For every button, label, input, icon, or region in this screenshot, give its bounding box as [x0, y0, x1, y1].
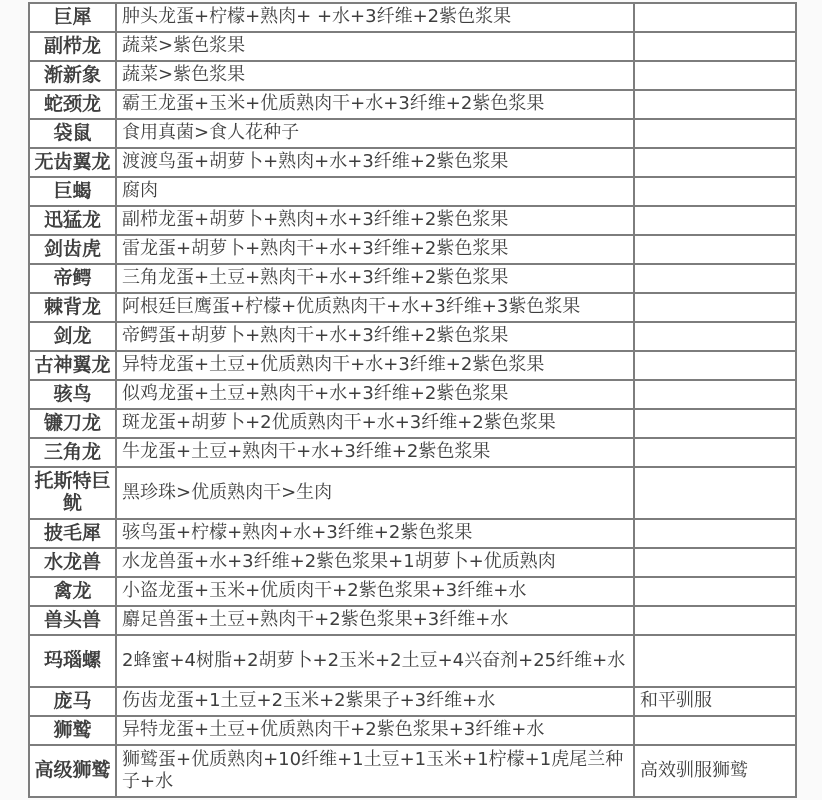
- creature-name-cell: 三角龙: [29, 438, 116, 467]
- creature-name-cell: 巨犀: [29, 3, 116, 32]
- table-row: 迅猛龙副栉龙蛋+胡萝卜+熟肉+水+3纤维+2紫色浆果: [29, 206, 796, 235]
- table-row: 三角龙牛龙蛋+土豆+熟肉干+水+3纤维+2紫色浆果: [29, 438, 796, 467]
- note-cell: [634, 519, 796, 548]
- note-cell: [634, 351, 796, 380]
- note-cell: [634, 548, 796, 577]
- recipe-cell: 蔬菜>紫色浆果: [116, 61, 634, 90]
- table-row: 剑龙帝鳄蛋+胡萝卜+熟肉干+水+3纤维+2紫色浆果: [29, 322, 796, 351]
- recipe-cell: 腐肉: [116, 177, 634, 206]
- recipe-cell: 异特龙蛋+土豆+优质熟肉干+水+3纤维+2紫色浆果: [116, 351, 634, 380]
- creature-name-cell: 无齿翼龙: [29, 148, 116, 177]
- creature-name-cell: 骇鸟: [29, 380, 116, 409]
- creature-name-cell: 玛瑙螺: [29, 635, 116, 687]
- table-row: 禽龙小盗龙蛋+玉米+优质肉干+2紫色浆果+3纤维+水: [29, 577, 796, 606]
- note-cell: [634, 635, 796, 687]
- table-row: 庞马伤齿龙蛋+1土豆+2玉米+2紫果子+3纤维+水和平驯服: [29, 687, 796, 716]
- table-row: 水龙兽水龙兽蛋+水+3纤维+2紫色浆果+1胡萝卜+优质熟肉: [29, 548, 796, 577]
- note-cell: [634, 322, 796, 351]
- note-cell: [634, 577, 796, 606]
- recipe-cell: 斑龙蛋+胡萝卜+2优质熟肉干+水+3纤维+2紫色浆果: [116, 409, 634, 438]
- recipe-cell: 副栉龙蛋+胡萝卜+熟肉+水+3纤维+2紫色浆果: [116, 206, 634, 235]
- table-row: 镰刀龙斑龙蛋+胡萝卜+2优质熟肉干+水+3纤维+2紫色浆果: [29, 409, 796, 438]
- creature-name-cell: 禽龙: [29, 577, 116, 606]
- table-row: 骇鸟似鸡龙蛋+土豆+熟肉干+水+3纤维+2紫色浆果: [29, 380, 796, 409]
- note-cell: [634, 206, 796, 235]
- note-cell: [634, 235, 796, 264]
- creature-name-cell: 巨蝎: [29, 177, 116, 206]
- table-row: 古神翼龙异特龙蛋+土豆+优质熟肉干+水+3纤维+2紫色浆果: [29, 351, 796, 380]
- table-row: 巨蝎腐肉: [29, 177, 796, 206]
- creature-name-cell: 剑龙: [29, 322, 116, 351]
- table-row: 兽头兽麝足兽蛋+土豆+熟肉干+2紫色浆果+3纤维+水: [29, 606, 796, 635]
- note-cell: [634, 177, 796, 206]
- table-row: 无齿翼龙渡渡鸟蛋+胡萝卜+熟肉+水+3纤维+2紫色浆果: [29, 148, 796, 177]
- recipe-cell: 渡渡鸟蛋+胡萝卜+熟肉+水+3纤维+2紫色浆果: [116, 148, 634, 177]
- note-cell: [634, 438, 796, 467]
- recipe-cell: 霸王龙蛋+玉米+优质熟肉干+水+3纤维+2紫色浆果: [116, 90, 634, 119]
- creature-name-cell: 高级狮鹫: [29, 745, 116, 797]
- recipe-cell: 小盗龙蛋+玉米+优质肉干+2紫色浆果+3纤维+水: [116, 577, 634, 606]
- creature-name-cell: 棘背龙: [29, 293, 116, 322]
- note-cell: [634, 90, 796, 119]
- recipe-cell: 似鸡龙蛋+土豆+熟肉干+水+3纤维+2紫色浆果: [116, 380, 634, 409]
- recipe-cell: 三角龙蛋+土豆+熟肉干+水+3纤维+2紫色浆果: [116, 264, 634, 293]
- table-row: 披毛犀骇鸟蛋+柠檬+熟肉+水+3纤维+2紫色浆果: [29, 519, 796, 548]
- creature-name-cell: 狮鹫: [29, 716, 116, 745]
- table-row: 玛瑙螺2蜂蜜+4树脂+2胡萝卜+2玉米+2土豆+4兴奋剂+25纤维+水: [29, 635, 796, 687]
- recipe-cell: 肿头龙蛋+柠檬+熟肉+ +水+3纤维+2紫色浆果: [116, 3, 634, 32]
- creature-name-cell: 副栉龙: [29, 32, 116, 61]
- note-cell: [634, 293, 796, 322]
- recipe-cell: 狮鹫蛋+优质熟肉+10纤维+1土豆+1玉米+1柠檬+1虎尾兰种子+水: [116, 745, 634, 797]
- creature-name-cell: 兽头兽: [29, 606, 116, 635]
- recipe-cell: 异特龙蛋+土豆+优质熟肉干+2紫色浆果+3纤维+水: [116, 716, 634, 745]
- creature-name-cell: 古神翼龙: [29, 351, 116, 380]
- note-cell: [634, 3, 796, 32]
- taming-recipe-table: 巨犀肿头龙蛋+柠檬+熟肉+ +水+3纤维+2紫色浆果副栉龙蔬菜>紫色浆果渐新象蔬…: [28, 2, 797, 798]
- note-cell: [634, 264, 796, 293]
- recipe-cell: 水龙兽蛋+水+3纤维+2紫色浆果+1胡萝卜+优质熟肉: [116, 548, 634, 577]
- recipe-cell: 阿根廷巨鹰蛋+柠檬+优质熟肉干+水+3纤维+3紫色浆果: [116, 293, 634, 322]
- table-row: 托斯特巨鱿黑珍珠>优质熟肉干>生肉: [29, 467, 796, 519]
- creature-name-cell: 袋鼠: [29, 119, 116, 148]
- taming-recipe-table-wrap: 巨犀肿头龙蛋+柠檬+熟肉+ +水+3纤维+2紫色浆果副栉龙蔬菜>紫色浆果渐新象蔬…: [28, 2, 797, 798]
- table-row: 袋鼠食用真菌>食人花种子: [29, 119, 796, 148]
- creature-name-cell: 帝鳄: [29, 264, 116, 293]
- recipe-cell: 牛龙蛋+土豆+熟肉干+水+3纤维+2紫色浆果: [116, 438, 634, 467]
- table-row: 帝鳄三角龙蛋+土豆+熟肉干+水+3纤维+2紫色浆果: [29, 264, 796, 293]
- note-cell: [634, 61, 796, 90]
- recipe-cell: 骇鸟蛋+柠檬+熟肉+水+3纤维+2紫色浆果: [116, 519, 634, 548]
- table-row: 蛇颈龙霸王龙蛋+玉米+优质熟肉干+水+3纤维+2紫色浆果: [29, 90, 796, 119]
- table-row: 棘背龙阿根廷巨鹰蛋+柠檬+优质熟肉干+水+3纤维+3紫色浆果: [29, 293, 796, 322]
- recipe-cell: 伤齿龙蛋+1土豆+2玉米+2紫果子+3纤维+水: [116, 687, 634, 716]
- note-cell: [634, 606, 796, 635]
- note-cell: [634, 409, 796, 438]
- creature-name-cell: 剑齿虎: [29, 235, 116, 264]
- recipe-cell: 帝鳄蛋+胡萝卜+熟肉干+水+3纤维+2紫色浆果: [116, 322, 634, 351]
- creature-name-cell: 镰刀龙: [29, 409, 116, 438]
- creature-name-cell: 披毛犀: [29, 519, 116, 548]
- recipe-cell: 黑珍珠>优质熟肉干>生肉: [116, 467, 634, 519]
- creature-name-cell: 渐新象: [29, 61, 116, 90]
- creature-name-cell: 托斯特巨鱿: [29, 467, 116, 519]
- note-cell: [634, 119, 796, 148]
- recipe-cell: 蔬菜>紫色浆果: [116, 32, 634, 61]
- recipe-cell: 食用真菌>食人花种子: [116, 119, 634, 148]
- table-row: 巨犀肿头龙蛋+柠檬+熟肉+ +水+3纤维+2紫色浆果: [29, 3, 796, 32]
- note-cell: [634, 716, 796, 745]
- table-row: 高级狮鹫狮鹫蛋+优质熟肉+10纤维+1土豆+1玉米+1柠檬+1虎尾兰种子+水高效…: [29, 745, 796, 797]
- recipe-cell: 雷龙蛋+胡萝卜+熟肉干+水+3纤维+2紫色浆果: [116, 235, 634, 264]
- creature-name-cell: 水龙兽: [29, 548, 116, 577]
- note-cell: [634, 380, 796, 409]
- note-cell: [634, 467, 796, 519]
- note-cell: 高效驯服狮鹫: [634, 745, 796, 797]
- table-row: 渐新象蔬菜>紫色浆果: [29, 61, 796, 90]
- table-row: 剑齿虎雷龙蛋+胡萝卜+熟肉干+水+3纤维+2紫色浆果: [29, 235, 796, 264]
- recipe-cell: 2蜂蜜+4树脂+2胡萝卜+2玉米+2土豆+4兴奋剂+25纤维+水: [116, 635, 634, 687]
- note-cell: [634, 148, 796, 177]
- creature-name-cell: 蛇颈龙: [29, 90, 116, 119]
- note-cell: [634, 32, 796, 61]
- creature-name-cell: 庞马: [29, 687, 116, 716]
- table-body: 巨犀肿头龙蛋+柠檬+熟肉+ +水+3纤维+2紫色浆果副栉龙蔬菜>紫色浆果渐新象蔬…: [29, 3, 796, 797]
- note-cell: 和平驯服: [634, 687, 796, 716]
- table-row: 狮鹫异特龙蛋+土豆+优质熟肉干+2紫色浆果+3纤维+水: [29, 716, 796, 745]
- recipe-cell: 麝足兽蛋+土豆+熟肉干+2紫色浆果+3纤维+水: [116, 606, 634, 635]
- creature-name-cell: 迅猛龙: [29, 206, 116, 235]
- table-row: 副栉龙蔬菜>紫色浆果: [29, 32, 796, 61]
